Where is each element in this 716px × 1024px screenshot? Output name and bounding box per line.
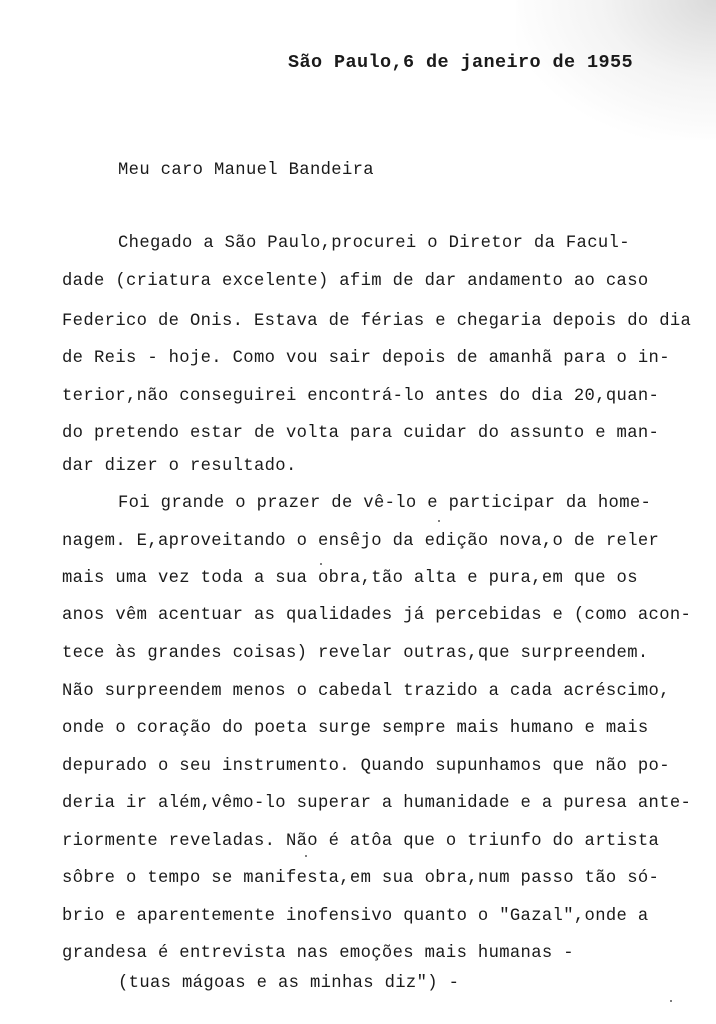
letter-line: mais uma vez toda a sua obra,tão alta e … (62, 568, 638, 590)
letter-line: do pretendo estar de volta para cuidar d… (62, 423, 659, 445)
letter-line: Não surpreendem menos o cabedal trazido … (62, 681, 670, 703)
letter-line: depurado o seu instrumento. Quando supun… (62, 756, 670, 778)
ink-speck (670, 1000, 672, 1002)
letter-line: riormente reveladas. Não é atôa que o tr… (62, 831, 659, 853)
letter-line: de Reis - hoje. Como vou sair depois de … (62, 348, 670, 370)
letter-line: grandesa é entrevista nas emoções mais h… (62, 943, 574, 965)
letter-line: terior,não conseguirei encontrá-lo antes… (62, 386, 659, 408)
letter-line: tece às grandes coisas) revelar outras,q… (62, 643, 649, 665)
letter-line: Federico de Onis. Estava de férias e che… (62, 311, 691, 333)
letter-line: (tuas mágoas e as minhas diz") - (118, 973, 459, 995)
letter-line: Foi grande o prazer de vê-lo e participa… (118, 493, 651, 515)
ink-speck (438, 520, 440, 522)
date-line: São Paulo,6 de janeiro de 1955 (288, 52, 633, 74)
letter-line: dar dizer o resultado. (62, 456, 297, 478)
letter-line: anos vêm acentuar as qualidades já perce… (62, 605, 691, 627)
letter-line: sôbre o tempo se manifesta,em sua obra,n… (62, 868, 659, 890)
letter-line: Chegado a São Paulo,procurei o Diretor d… (118, 233, 630, 255)
letter-line: brio e aparentemente inofensivo quanto o… (62, 906, 649, 928)
ink-speck (320, 563, 322, 565)
letter-line: onde o coração do poeta surge sempre mai… (62, 718, 649, 740)
letter-line: deria ir além,vêmo-lo superar a humanida… (62, 793, 691, 815)
letter-line: nagem. E,aproveitando o ensêjo da edição… (62, 531, 659, 553)
salutation: Meu caro Manuel Bandeira (118, 160, 374, 182)
ink-speck (305, 855, 307, 857)
letter-line: dade (criatura excelente) afim de dar an… (62, 271, 649, 293)
